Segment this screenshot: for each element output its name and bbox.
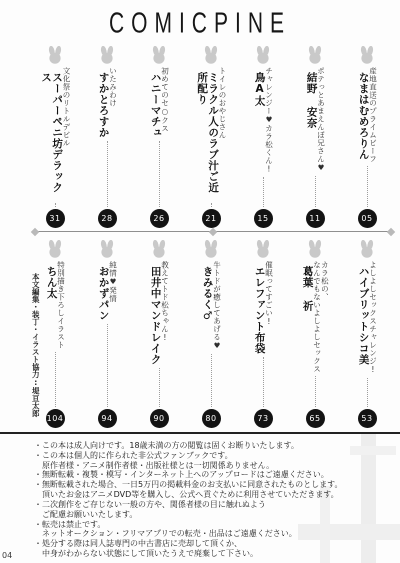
disclaimer-line: ・処分する際は同人誌専門の中古書店に売却して頂くか、 — [34, 539, 396, 549]
page-number-badge: 11 — [306, 209, 325, 228]
page-number-badge: 28 — [98, 209, 117, 228]
dotted-leader — [315, 176, 316, 208]
toc-entry: トイレのおやじさんミラクル人のラブ汁ご近所配り21 — [186, 46, 236, 228]
toc-entry: 牛トドが癒してあげる♥きみるく♂80 — [186, 240, 236, 428]
rabbit-icon — [305, 240, 325, 258]
entry-text: 催眠ってすごい!エレファント布袋 — [254, 261, 273, 354]
dotted-leader — [55, 352, 56, 407]
dotted-leader — [211, 203, 212, 207]
rabbit-icon — [201, 240, 221, 258]
toc-entry: カラ松の、 なんでもないよしよしセックス葛葉 祈65 — [290, 240, 340, 428]
entry-title: 催眠ってすごい! — [265, 261, 273, 354]
page-number-badge: 94 — [98, 409, 117, 428]
disclaimer-line: ・この本は個人的に作られた非公式ファンブックです。 — [34, 451, 396, 461]
toc-entry: いたみわけすかとろすか28 — [82, 46, 132, 228]
disclaimer-line: 中身がわからない状態にして頂いたうえで廃棄して下さい。 — [34, 549, 396, 559]
toc-entry: 産地直送のプライムビーフなまはむめろりん05 — [342, 46, 392, 228]
entry-author: なまはむめろりん — [358, 72, 369, 163]
entry-text: 牛トドが癒してあげる♥きみるく♂ — [202, 261, 221, 351]
entry-title: 産地直送のプライムビーフ — [369, 67, 377, 163]
disclaimer-line: ・無断転載された場合、一日5万円の掲載料金のお支払いに同意されたものとします。 — [34, 480, 396, 490]
entry-author: ハニーマチュ — [150, 72, 161, 138]
disclaimer-line: 原作者様・アニメ制作者様・出版社様とは一切関係ありません。 — [34, 461, 396, 471]
doujinshi-toc-page: COMICPINE 産地直送のプライムビーフなまはむめろりん05ポテっとあまえん… — [0, 0, 400, 563]
diamond-marker — [209, 227, 217, 235]
page-number-badge: 31 — [46, 209, 65, 228]
toc-entry: 初めてのセ○クスハニーマチュ26 — [134, 46, 184, 228]
disclaimer-line: ・この本は成人向けです。18歳未満の方の閲覧は固くお断りいたします。 — [34, 441, 396, 451]
entry-author: スーパーペニ坊デラックス — [40, 72, 62, 200]
disclaimer-line: ・二次創作をご存じない一般の方や、関係者様の目に触れぬよう — [34, 500, 396, 510]
entry-author: 鳥A太 — [254, 72, 265, 174]
rabbit-icon — [45, 240, 65, 258]
entry-text: ポテっとあまえんぼ兄さん♥結野 安奈 — [306, 67, 325, 173]
page-number-badge: 53 — [358, 409, 377, 428]
dotted-leader — [367, 378, 368, 408]
rabbit-icon — [357, 240, 377, 258]
page-number-badge: 80 — [202, 409, 221, 428]
entry-title: 初めてのセ○クス — [161, 67, 169, 138]
rabbit-icon — [97, 46, 117, 64]
entry-text: 特別描き下ろしイラストちん太 — [46, 261, 65, 349]
page-number-badge: 90 — [150, 409, 169, 428]
page-number-badge: 26 — [150, 209, 169, 228]
entry-author: きみるく♂ — [202, 266, 213, 351]
rabbit-icon — [149, 240, 169, 258]
entry-text: チャレンジー♥カラ松くん!鳥A太 — [254, 67, 273, 174]
diamond-marker — [31, 227, 39, 235]
page-number-badge: 05 — [358, 209, 377, 228]
toc-entry: 純情♥発情おかずパン94 — [82, 240, 132, 428]
editing-credit: 本文編集・装丁・イラスト協力:堤亘太郎 — [31, 273, 39, 433]
rabbit-icon — [253, 240, 273, 258]
rabbit-icon — [201, 46, 221, 64]
toc-row-bottom: よしよしセックスチャレンジ!ハイブリットシコ美53カラ松の、 なんでもないよしよ… — [30, 240, 392, 428]
entry-title: 特別描き下ろしイラスト — [57, 261, 65, 349]
toc-entry: 教えてトド松ちゃん!田井中マンドレイク90 — [134, 240, 184, 428]
toc-entry: よしよしセックスチャレンジ!ハイブリットシコ美53 — [342, 240, 392, 428]
disclaimer-line: ご配慮お願いいたします。 — [34, 510, 396, 520]
entry-title: カラ松の、 なんでもないよしよしセックス — [313, 261, 329, 373]
rabbit-icon — [97, 240, 117, 258]
entry-author: おかずパン — [98, 266, 109, 321]
toc-entry: チャレンジー♥カラ松くん!鳥A太15 — [238, 46, 288, 228]
dotted-leader — [263, 357, 264, 407]
disclaimer-block: ・この本は成人向けです。18歳未満の方の閲覧は固くお断りいたします。・この本は個… — [34, 441, 396, 559]
disclaimer-line: ・無断転載・複製・模写・インターネット上へのアップロードはご遠慮ください。 — [34, 470, 396, 480]
entry-title: チャレンジー♥カラ松くん! — [265, 67, 273, 174]
entry-author: 結野 安奈 — [306, 72, 317, 173]
entry-author: 葛葉 祈 — [302, 266, 313, 373]
toc-entry: 催眠ってすごい!エレファント布袋73 — [238, 240, 288, 428]
dotted-leader — [55, 203, 56, 207]
dotted-leader — [211, 354, 212, 408]
dotted-leader — [107, 324, 108, 407]
rabbit-icon — [305, 46, 325, 64]
dotted-leader — [263, 177, 264, 207]
entry-title: 純情♥発情 — [109, 261, 117, 321]
toc-entry: ポテっとあまえんぼ兄さん♥結野 安奈11 — [290, 46, 340, 228]
entry-author: すかとろすか — [98, 72, 109, 138]
row-divider-line — [34, 231, 392, 232]
entry-text: 教えてトド松ちゃん!田井中マンドレイク — [150, 261, 169, 365]
entry-author: ちん太 — [46, 266, 57, 349]
entry-author: ミラクル人のラブ汁ご近所配り — [196, 72, 218, 200]
entry-text: いたみわけすかとろすか — [98, 67, 117, 138]
entry-author: 田井中マンドレイク — [150, 266, 161, 365]
toc-row-top: 産地直送のプライムビーフなまはむめろりん05ポテっとあまえんぼ兄さん♥結野 安奈… — [30, 46, 392, 228]
page-number-badge: 104 — [46, 409, 65, 428]
entry-title: 文化祭のリトルデビル — [62, 67, 70, 200]
dotted-leader — [107, 141, 108, 207]
entry-text: 純情♥発情おかずパン — [98, 261, 117, 321]
diamond-marker — [387, 227, 395, 235]
page-number-badge: 65 — [306, 409, 325, 428]
dotted-leader — [367, 166, 368, 207]
disclaimer-line: ネットオークション・フリマアプリでの転売・出品はご遠慮ください。 — [34, 529, 396, 539]
disclaimer-line: ・転売は禁止です。 — [34, 520, 396, 530]
entry-text: カラ松の、 なんでもないよしよしセックス葛葉 祈 — [302, 261, 329, 373]
entry-text: よしよしセックスチャレンジ!ハイブリットシコ美 — [358, 261, 377, 375]
entry-title: トイレのおやじさん — [218, 67, 226, 200]
dotted-leader — [315, 376, 316, 407]
rabbit-icon — [357, 46, 377, 64]
disclaimer-line: 頂いたお金はアニメDVD等を購入し、公式へ貢ぐために利用させていただきます。 — [34, 490, 396, 500]
disclaimer-top-rule — [0, 432, 400, 434]
entry-title: 牛トドが癒してあげる♥ — [213, 261, 221, 351]
entry-title: 教えてトド松ちゃん! — [161, 261, 169, 365]
entry-text: 初めてのセ○クスハニーマチュ — [150, 67, 169, 138]
book-logo: COMICPINE — [0, 8, 400, 40]
entry-text: トイレのおやじさんミラクル人のラブ汁ご近所配り — [196, 67, 226, 200]
entry-author: エレファント布袋 — [254, 266, 265, 354]
page-number-badge: 73 — [254, 409, 273, 428]
page-number-badge: 21 — [202, 209, 221, 228]
entry-title: よしよしセックスチャレンジ! — [369, 261, 377, 375]
entry-author: ハイブリットシコ美 — [358, 266, 369, 375]
entry-title: いたみわけ — [109, 67, 117, 138]
rabbit-icon — [149, 46, 169, 64]
page-number-badge: 15 — [254, 209, 273, 228]
entry-text: 文化祭のリトルデビルスーパーペニ坊デラックス — [40, 67, 70, 200]
rabbit-icon — [45, 46, 65, 64]
rabbit-icon — [253, 46, 273, 64]
entry-text: 産地直送のプライムビーフなまはむめろりん — [358, 67, 377, 163]
toc-entry: 文化祭のリトルデビルスーパーペニ坊デラックス31 — [30, 46, 80, 228]
dotted-leader — [159, 141, 160, 207]
dotted-leader — [159, 368, 160, 407]
page-number: 04 — [2, 551, 12, 560]
